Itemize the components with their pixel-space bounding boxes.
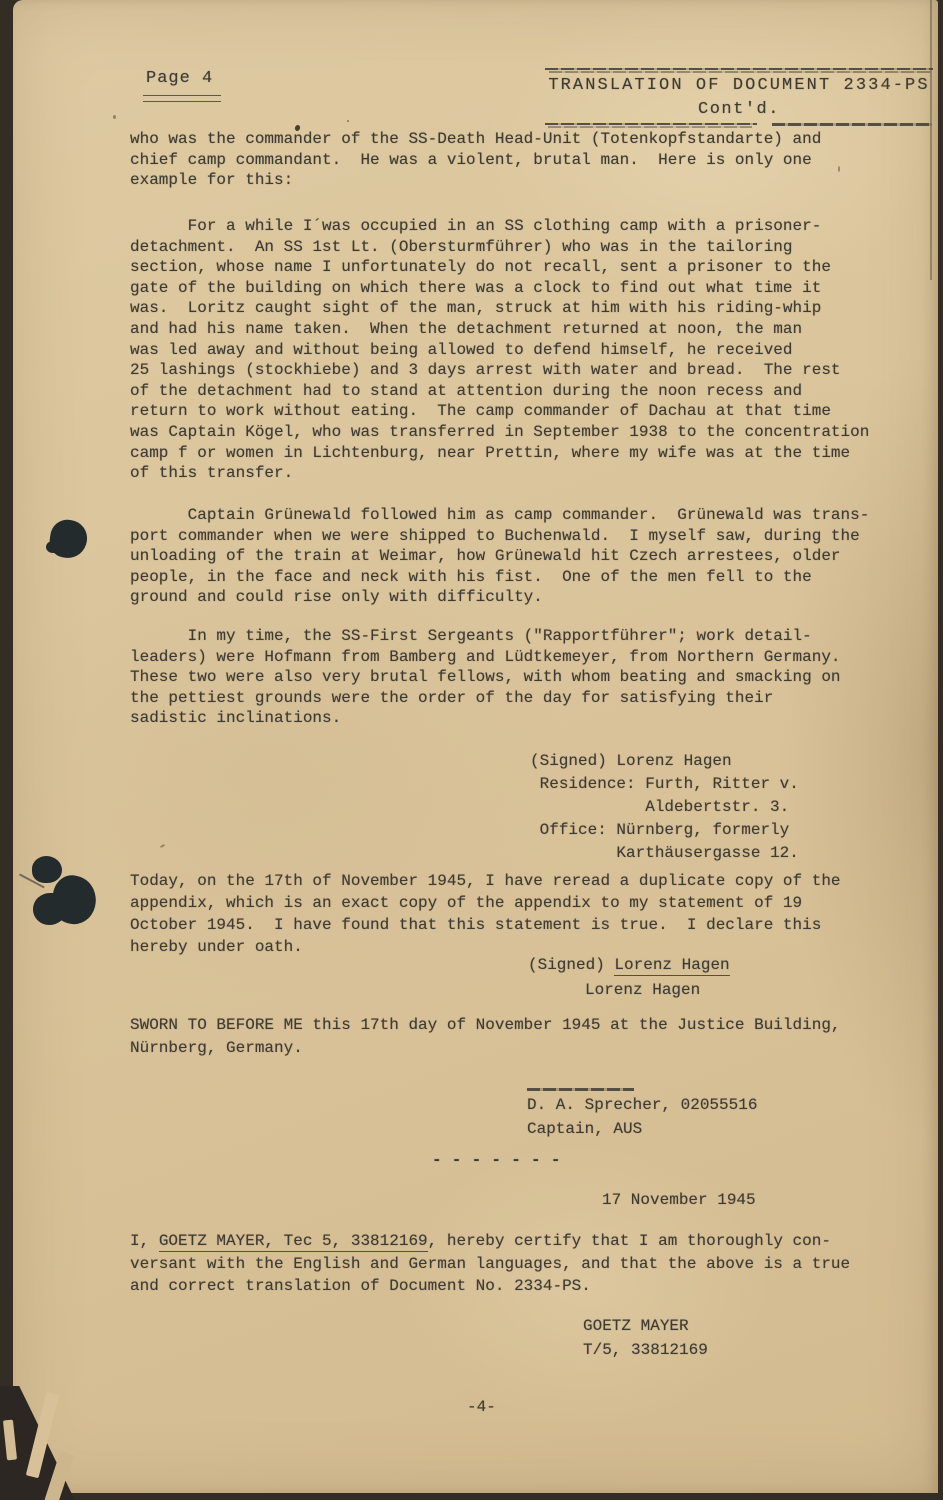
page-label: Page 4 xyxy=(146,69,213,90)
oath-paragraph: Today, on the 17th of November 1945, I h… xyxy=(130,870,841,958)
officer-name-line: D. A. Sprecher, 02055516 xyxy=(527,1096,757,1114)
page-number-footer: -4- xyxy=(467,1397,496,1418)
translator-signature: GOETZ MAYER T/5, 33812169 xyxy=(583,1314,708,1362)
signed-line: (Signed) Lorenz Hagen xyxy=(528,955,730,976)
separator-dashes: - - - - - - - xyxy=(432,1150,561,1171)
scanned-document-page: Page 4 TRANSLATION OF DOCUMENT 2334-PS C… xyxy=(0,0,943,1500)
ink-blot xyxy=(46,541,60,553)
certificate-paragraph: I, GOETZ MAYER, Tec 5, 33812169, hereby … xyxy=(130,1230,850,1298)
signed-label: (Signed) xyxy=(528,956,614,974)
affidavit-paragraph-1: who was the commander of the SS-Death He… xyxy=(130,129,821,191)
paper-speck xyxy=(113,115,116,119)
paper-speck xyxy=(347,120,349,122)
certificate-date: 17 November 1945 xyxy=(602,1190,756,1211)
header-rule-bottom-left-2 xyxy=(548,126,752,128)
header-rule-top xyxy=(545,68,933,70)
ink-blot xyxy=(32,856,62,883)
signed-name-underlined: Lorenz Hagen xyxy=(614,956,729,976)
officer-block: D. A. Sprecher, 02055516Captain, AUS xyxy=(527,1093,757,1141)
header-rule-top-2 xyxy=(549,71,931,73)
document-title: TRANSLATION OF DOCUMENT 2334-PS xyxy=(545,76,933,97)
officer-signature-rule xyxy=(527,1088,634,1091)
officer-title-line: Captain, AUS xyxy=(527,1120,642,1138)
affidavit-paragraph-3: Captain Grünewald followed him as camp c… xyxy=(130,505,869,608)
sworn-statement: SWORN TO BEFORE ME this 17th day of Nove… xyxy=(130,1014,841,1060)
page-label-underline xyxy=(143,95,221,102)
affidavit-paragraph-2: For a while I´was occupied in an SS clot… xyxy=(130,216,869,484)
paper-speck xyxy=(838,166,840,172)
signed-name-typed: Lorenz Hagen xyxy=(585,980,700,1001)
signature-address-block: (Signed) Lorenz Hagen Residence: Furth, … xyxy=(530,750,799,865)
header-rule-bottom-left xyxy=(545,123,757,125)
translator-id-underlined: GOETZ MAYER, Tec 5, 33812169 xyxy=(159,1232,428,1252)
affidavit-paragraph-4: In my time, the SS-First Sergeants ("Rap… xyxy=(130,626,841,729)
paper-edge-crease xyxy=(930,0,932,280)
certificate-prefix: I, xyxy=(130,1232,159,1250)
contd-label: Cont'd. xyxy=(545,100,933,121)
header-rule-bottom-right xyxy=(772,123,932,126)
